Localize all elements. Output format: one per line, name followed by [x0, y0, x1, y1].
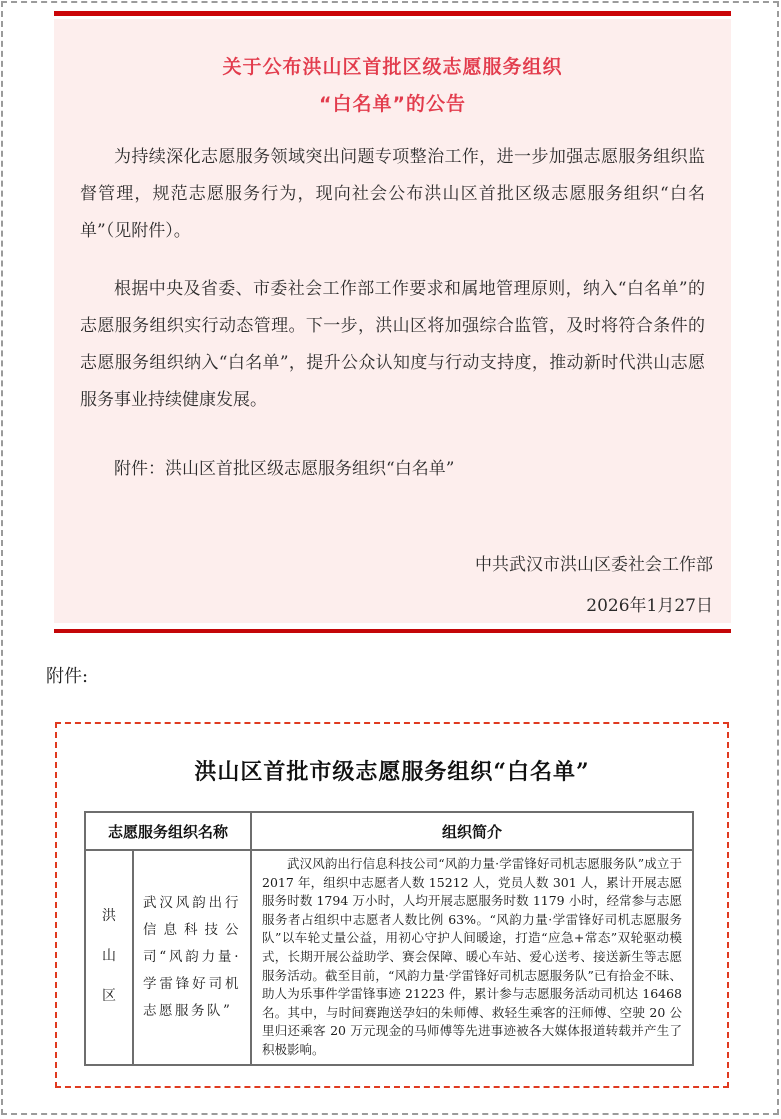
organization-profile-cell: 武汉风韵出行信息科技公司“风韵力量·学雷锋好司机志愿服务队”成立于 2017 年… [251, 850, 693, 1065]
announcement-card: 关于公布洪山区首批区级志愿服务组织 “白名单”的公告 为持续深化志愿服务领域突出… [54, 11, 731, 623]
announcement-body: 关于公布洪山区首批区级志愿服务组织 “白名单”的公告 为持续深化志愿服务领域突出… [54, 19, 731, 623]
whitelist-table: 志愿服务组织名称 组织简介 洪山区 武汉风韵出行信息科技公司“风韵力量·学雷锋好… [84, 811, 694, 1066]
column-header-organization-name: 志愿服务组织名称 [85, 812, 251, 850]
organization-name-cell: 武汉风韵出行信息科技公司“风韵力量·学雷锋好司机志愿服务队” [133, 850, 251, 1065]
announcement-paragraph-2: 根据中央及省委、市委社会工作部工作要求和属地管理原则，纳入“白名单”的志愿服务组… [80, 271, 705, 419]
issue-date: 2026年1月27日 [80, 588, 713, 623]
notice-top-accent-bar [54, 11, 731, 16]
attachment-reference-line: 附件：洪山区首批区级志愿服务组织“白名单” [80, 451, 705, 488]
red-divider-line [54, 629, 731, 633]
attachment-label: 附件: [46, 662, 88, 688]
whitelist-table-title: 洪山区首批市级志愿服务组织“白名单” [57, 755, 727, 786]
district-cell: 洪山区 [85, 850, 133, 1065]
column-header-profile: 组织简介 [251, 812, 693, 850]
announcement-paragraph-1: 为持续深化志愿服务领域突出问题专项整治工作，进一步加强志愿服务组织监督管理，规范… [80, 139, 705, 250]
district-name-vertical: 洪山区 [101, 897, 117, 1017]
attachment-dashed-box: 洪山区首批市级志愿服务组织“白名单” 志愿服务组织名称 组织简介 洪山区 武汉风… [55, 722, 729, 1088]
table-row: 洪山区 武汉风韵出行信息科技公司“风韵力量·学雷锋好司机志愿服务队” 武汉风韵出… [85, 850, 693, 1065]
announcement-title-line1: 关于公布洪山区首批区级志愿服务组织 [80, 49, 705, 86]
table-header-row: 志愿服务组织名称 组织简介 [85, 812, 693, 850]
issuer-name: 中共武汉市洪山区委社会工作部 [80, 547, 713, 584]
announcement-title: 关于公布洪山区首批区级志愿服务组织 “白名单”的公告 [80, 49, 705, 123]
announcement-title-line2: “白名单”的公告 [80, 86, 705, 123]
